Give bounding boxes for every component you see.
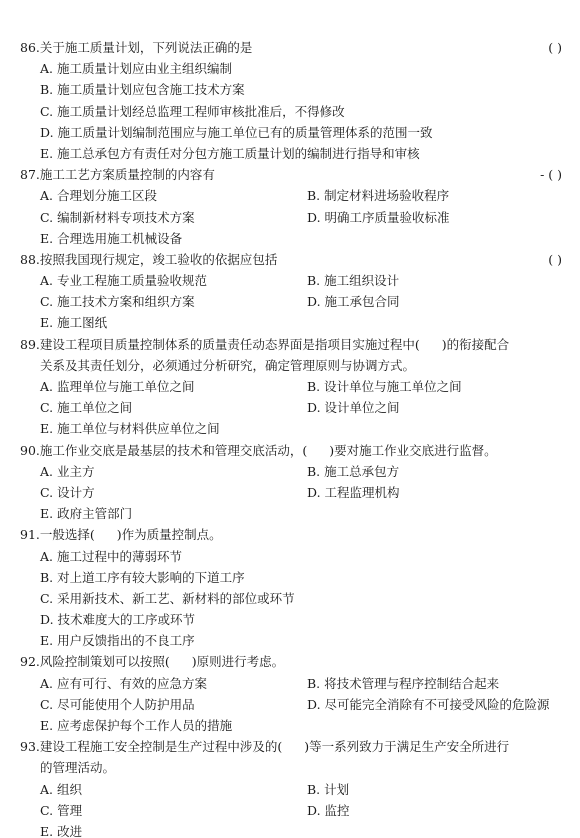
option-b: B. 制定材料进场验收程序 — [307, 185, 449, 206]
option-c: C. 设计方 — [40, 482, 95, 503]
option-e: E. 应考虑保护每个工作人员的措施 — [40, 715, 232, 736]
question-87-stem: 87.施工工艺方案质量控制的内容有 - ( ) — [0, 164, 580, 185]
option-a: A. 组织 — [40, 779, 82, 800]
question-text-part1: 风险控制策划可以按照( — [40, 654, 170, 669]
question-text-part2: )等一系列致力于满足生产安全所进行 — [304, 739, 509, 754]
option-d: D. 尽可能完全消除有不可接受风险的危险源 — [307, 694, 550, 715]
option-a: A. 监理单位与施工单位之间 — [40, 376, 194, 397]
option-c: C. 施工单位之间 — [40, 397, 132, 418]
question-number: 86. — [20, 40, 40, 55]
answer-blank: ( ) — [548, 37, 562, 58]
question-number: 92. — [20, 654, 40, 669]
option-e: E. 改进 — [40, 821, 82, 838]
option-a: A. 应有可行、有效的应急方案 — [40, 673, 207, 694]
option-e: E. 施工总承包方有责任对分包方施工质量计划的编制进行指导和审核 — [40, 143, 420, 164]
option-e: E. 政府主管部门 — [40, 503, 132, 524]
option-a: A. 专业工程施工质量验收规范 — [40, 270, 207, 291]
option-a: A. 施工过程中的薄弱环节 — [40, 546, 182, 567]
option-d: D. 工程监理机构 — [307, 482, 400, 503]
option-c: C. 尽可能使用个人防护用品 — [40, 694, 195, 715]
question-text-part2: )原则进行考虑。 — [192, 654, 284, 669]
option-c: C. 采用新技术、新工艺、新材料的部位或环节 — [40, 588, 295, 609]
option-c: C. 施工质量计划经总监理工程师审核批准后，不得修改 — [40, 101, 345, 122]
question-89-stem-continued: 关系及其责任划分，必须通过分析研究，确定管理原则与协调方式。 — [0, 355, 580, 376]
answer-blank: - ( ) — [540, 164, 562, 185]
option-e: E. 用户反馈指出的不良工序 — [40, 630, 195, 651]
option-e: E. 合理选用施工机械设备 — [40, 228, 182, 249]
option-c: C. 编制新材料专项技术方案 — [40, 207, 195, 228]
option-d: D. 施工承包合同 — [307, 291, 400, 312]
option-d: D. 明确工序质量验收标准 — [307, 207, 450, 228]
option-a: A. 业主方 — [40, 461, 94, 482]
question-text: 关于施工质量计划，下列说法正确的是 — [40, 40, 253, 55]
option-d: D. 监控 — [307, 800, 350, 821]
option-b: B. 施工组织设计 — [307, 270, 399, 291]
question-number: 91. — [20, 527, 40, 542]
question-number: 89. — [20, 337, 40, 352]
option-d: D. 设计单位之间 — [307, 397, 400, 418]
question-91-stem: 91.一般选择()作为质量控制点。 — [0, 524, 580, 545]
question-text-part2: )的衔接配合 — [442, 337, 509, 352]
question-90-stem: 90.施工作业交底是最基层的技术和管理交底活动，()要对施工作业交底进行监督。 — [0, 440, 580, 461]
question-text: 按照我国现行规定，竣工验收的依据应包括 — [40, 252, 278, 267]
answer-blank: ( ) — [548, 249, 562, 270]
question-86-stem: 86.关于施工质量计划，下列说法正确的是 ( ) — [0, 37, 580, 58]
question-text: 施工工艺方案质量控制的内容有 — [40, 167, 215, 182]
option-a: A. 合理划分施工区段 — [40, 185, 157, 206]
option-e: E. 施工单位与材料供应单位之间 — [40, 418, 220, 439]
option-b: B. 施工总承包方 — [307, 461, 399, 482]
option-b: B. 对上道工序有较大影响的下道工序 — [40, 567, 245, 588]
option-c: C. 管理 — [40, 800, 82, 821]
question-88-stem: 88.按照我国现行规定，竣工验收的依据应包括 ( ) — [0, 249, 580, 270]
question-89-stem: 89.建设工程项目质量控制体系的质量责任动态界面是指项目实施过程中()的衔接配合 — [0, 334, 580, 355]
option-c: C. 施工技术方案和组织方案 — [40, 291, 195, 312]
question-text-part2: )作为质量控制点。 — [117, 527, 222, 542]
option-b: B. 设计单位与施工单位之间 — [307, 376, 462, 397]
question-number: 93. — [20, 739, 40, 754]
option-b: B. 计划 — [307, 779, 349, 800]
question-text-part1: 建设工程施工安全控制是生产过程中涉及的( — [40, 739, 282, 754]
option-b: B. 将技术管理与程序控制结合起来 — [307, 673, 499, 694]
option-b: B. 施工质量计划应包含施工技术方案 — [40, 79, 245, 100]
question-text-part2: )要对施工作业交底进行监督。 — [329, 443, 496, 458]
question-text-part1: 施工作业交底是最基层的技术和管理交底活动，( — [40, 443, 307, 458]
question-number: 88. — [20, 252, 40, 267]
question-number: 87. — [20, 167, 40, 182]
question-92-stem: 92.风险控制策划可以按照()原则进行考虑。 — [0, 651, 580, 672]
option-a: A. 施工质量计划应由业主组织编制 — [40, 58, 232, 79]
question-text-part1: 建设工程项目质量控制体系的质量责任动态界面是指项目实施过程中( — [40, 337, 420, 352]
question-text-part1: 一般选择( — [40, 527, 95, 542]
question-93-stem: 93.建设工程施工安全控制是生产过程中涉及的()等一系列致力于满足生产安全所进行 — [0, 736, 580, 757]
question-93-stem-continued: 的管理活动。 — [0, 757, 580, 778]
option-d: D. 施工质量计划编制范围应与施工单位已有的质量管理体系的范围一致 — [40, 122, 433, 143]
exam-page: 86.关于施工质量计划，下列说法正确的是 ( ) A. 施工质量计划应由业主组织… — [0, 37, 580, 838]
question-number: 90. — [20, 443, 40, 458]
option-e: E. 施工图纸 — [40, 312, 107, 333]
option-d: D. 技术难度大的工序或环节 — [40, 609, 195, 630]
